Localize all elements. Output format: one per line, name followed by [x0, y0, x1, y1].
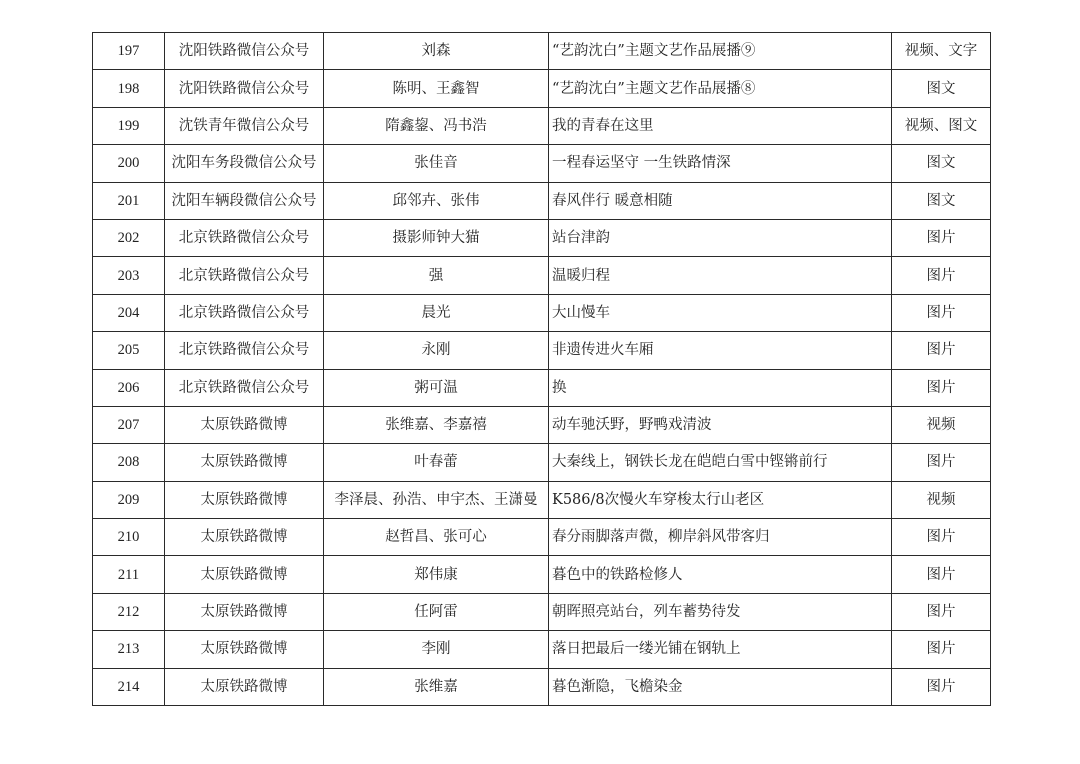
- cell-number: 213: [93, 631, 165, 668]
- cell-media-platform: 太原铁路微博: [165, 406, 324, 443]
- cell-media-platform: 北京铁路微信公众号: [165, 294, 324, 331]
- cell-number: 200: [93, 145, 165, 182]
- cell-work-type: 图文: [892, 145, 991, 182]
- cell-work-title: 我的青春在这里: [549, 107, 892, 144]
- cell-work-title: 春风伴行 暖意相随: [549, 182, 892, 219]
- cell-work-title: 春分雨脚落声微，柳岸斜风带客归: [549, 519, 892, 556]
- cell-work-type: 视频、图文: [892, 107, 991, 144]
- cell-media-platform: 沈铁青年微信公众号: [165, 107, 324, 144]
- cell-author: 郑伟康: [324, 556, 549, 593]
- cell-work-type: 视频: [892, 406, 991, 443]
- table-row: 214 太原铁路微博 张维嘉 暮色渐隐，飞檐染金 图片: [93, 668, 991, 705]
- cell-work-title: 站台津韵: [549, 219, 892, 256]
- document-page: 197 沈阳铁路微信公众号 刘森 “艺韵沈白”主题文艺作品展播⑨ 视频、文字 1…: [0, 0, 1080, 764]
- cell-media-platform: 沈阳车辆段微信公众号: [165, 182, 324, 219]
- cell-number: 207: [93, 406, 165, 443]
- cell-work-title: K586/8次慢火车穿梭太行山老区: [549, 481, 892, 518]
- table-row: 210 太原铁路微博 赵哲昌、张可心 春分雨脚落声微，柳岸斜风带客归 图片: [93, 519, 991, 556]
- table-row: 204 北京铁路微信公众号 晨光 大山慢车 图片: [93, 294, 991, 331]
- cell-work-title: 大山慢车: [549, 294, 892, 331]
- cell-author: 张佳音: [324, 145, 549, 182]
- cell-work-title: 一程春运坚守 一生铁路情深: [549, 145, 892, 182]
- cell-work-type: 图片: [892, 668, 991, 705]
- cell-author: 任阿雷: [324, 593, 549, 630]
- table-row: 212 太原铁路微博 任阿雷 朝晖照亮站台，列车蓄势待发 图片: [93, 593, 991, 630]
- works-list-table: 197 沈阳铁路微信公众号 刘森 “艺韵沈白”主题文艺作品展播⑨ 视频、文字 1…: [92, 32, 991, 706]
- cell-author: 晨光: [324, 294, 549, 331]
- cell-number: 203: [93, 257, 165, 294]
- cell-author: 邱邻卉、张伟: [324, 182, 549, 219]
- cell-number: 204: [93, 294, 165, 331]
- cell-media-platform: 北京铁路微信公众号: [165, 257, 324, 294]
- table-row: 202 北京铁路微信公众号 摄影师钟大猫 站台津韵 图片: [93, 219, 991, 256]
- cell-number: 198: [93, 70, 165, 107]
- cell-media-platform: 太原铁路微博: [165, 593, 324, 630]
- cell-number: 206: [93, 369, 165, 406]
- cell-work-type: 图片: [892, 332, 991, 369]
- cell-number: 199: [93, 107, 165, 144]
- cell-author: 永刚: [324, 332, 549, 369]
- cell-work-type: 图片: [892, 444, 991, 481]
- cell-work-type: 图文: [892, 182, 991, 219]
- cell-author: 赵哲昌、张可心: [324, 519, 549, 556]
- cell-work-title: 暮色中的铁路检修人: [549, 556, 892, 593]
- table-row: 205 北京铁路微信公众号 永刚 非遗传进火车厢 图片: [93, 332, 991, 369]
- table-row: 201 沈阳车辆段微信公众号 邱邻卉、张伟 春风伴行 暖意相随 图文: [93, 182, 991, 219]
- cell-number: 214: [93, 668, 165, 705]
- cell-work-title: 暮色渐隐，飞檐染金: [549, 668, 892, 705]
- cell-media-platform: 沈阳铁路微信公众号: [165, 33, 324, 70]
- cell-author: 粥可温: [324, 369, 549, 406]
- cell-media-platform: 太原铁路微博: [165, 481, 324, 518]
- cell-media-platform: 沈阳车务段微信公众号: [165, 145, 324, 182]
- table-body: 197 沈阳铁路微信公众号 刘森 “艺韵沈白”主题文艺作品展播⑨ 视频、文字 1…: [93, 33, 991, 706]
- cell-work-type: 图片: [892, 556, 991, 593]
- cell-media-platform: 太原铁路微博: [165, 668, 324, 705]
- cell-work-type: 图片: [892, 519, 991, 556]
- cell-work-title: 换: [549, 369, 892, 406]
- table-row: 206 北京铁路微信公众号 粥可温 换 图片: [93, 369, 991, 406]
- table-row: 199 沈铁青年微信公众号 隋鑫鋆、冯书浩 我的青春在这里 视频、图文: [93, 107, 991, 144]
- cell-number: 202: [93, 219, 165, 256]
- cell-media-platform: 北京铁路微信公众号: [165, 332, 324, 369]
- table-row: 197 沈阳铁路微信公众号 刘森 “艺韵沈白”主题文艺作品展播⑨ 视频、文字: [93, 33, 991, 70]
- cell-media-platform: 沈阳铁路微信公众号: [165, 70, 324, 107]
- cell-work-type: 图文: [892, 70, 991, 107]
- table-row: 203 北京铁路微信公众号 强 温暖归程 图片: [93, 257, 991, 294]
- cell-number: 201: [93, 182, 165, 219]
- table-row: 208 太原铁路微博 叶春蕾 大秦线上，钢铁长龙在皑皑白雪中铿锵前行 图片: [93, 444, 991, 481]
- cell-number: 197: [93, 33, 165, 70]
- cell-author: 隋鑫鋆、冯书浩: [324, 107, 549, 144]
- cell-work-type: 视频: [892, 481, 991, 518]
- cell-media-platform: 太原铁路微博: [165, 444, 324, 481]
- table-row: 200 沈阳车务段微信公众号 张佳音 一程春运坚守 一生铁路情深 图文: [93, 145, 991, 182]
- table-row: 198 沈阳铁路微信公众号 陈明、王鑫智 “艺韵沈白”主题文艺作品展播⑧ 图文: [93, 70, 991, 107]
- cell-author: 摄影师钟大猫: [324, 219, 549, 256]
- cell-number: 209: [93, 481, 165, 518]
- cell-author: 李刚: [324, 631, 549, 668]
- cell-author: 张维嘉、李嘉禧: [324, 406, 549, 443]
- cell-number: 210: [93, 519, 165, 556]
- cell-number: 205: [93, 332, 165, 369]
- table-row: 211 太原铁路微博 郑伟康 暮色中的铁路检修人 图片: [93, 556, 991, 593]
- cell-author: 强: [324, 257, 549, 294]
- cell-work-title: 动车驰沃野，野鸭戏清波: [549, 406, 892, 443]
- cell-media-platform: 太原铁路微博: [165, 631, 324, 668]
- cell-work-title: “艺韵沈白”主题文艺作品展播⑨: [549, 33, 892, 70]
- cell-author: 刘森: [324, 33, 549, 70]
- cell-media-platform: 太原铁路微博: [165, 556, 324, 593]
- cell-number: 211: [93, 556, 165, 593]
- cell-author: 陈明、王鑫智: [324, 70, 549, 107]
- cell-work-type: 图片: [892, 369, 991, 406]
- cell-work-title: 非遗传进火车厢: [549, 332, 892, 369]
- cell-number: 208: [93, 444, 165, 481]
- cell-work-type: 图片: [892, 593, 991, 630]
- cell-author: 叶春蕾: [324, 444, 549, 481]
- cell-number: 212: [93, 593, 165, 630]
- table-row: 213 太原铁路微博 李刚 落日把最后一缕光铺在钢轨上 图片: [93, 631, 991, 668]
- cell-work-type: 图片: [892, 631, 991, 668]
- cell-work-title: 落日把最后一缕光铺在钢轨上: [549, 631, 892, 668]
- cell-work-title: 大秦线上，钢铁长龙在皑皑白雪中铿锵前行: [549, 444, 892, 481]
- cell-media-platform: 北京铁路微信公众号: [165, 369, 324, 406]
- cell-author: 张维嘉: [324, 668, 549, 705]
- cell-work-type: 图片: [892, 294, 991, 331]
- cell-work-type: 图片: [892, 219, 991, 256]
- table-row: 207 太原铁路微博 张维嘉、李嘉禧 动车驰沃野，野鸭戏清波 视频: [93, 406, 991, 443]
- table-row: 209 太原铁路微博 李泽晨、孙浩、申宇杰、王潇曼 K586/8次慢火车穿梭太行…: [93, 481, 991, 518]
- cell-media-platform: 太原铁路微博: [165, 519, 324, 556]
- cell-work-type: 图片: [892, 257, 991, 294]
- cell-work-title: 朝晖照亮站台，列车蓄势待发: [549, 593, 892, 630]
- cell-media-platform: 北京铁路微信公众号: [165, 219, 324, 256]
- cell-work-type: 视频、文字: [892, 33, 991, 70]
- cell-work-title: “艺韵沈白”主题文艺作品展播⑧: [549, 70, 892, 107]
- cell-work-title: 温暖归程: [549, 257, 892, 294]
- cell-author: 李泽晨、孙浩、申宇杰、王潇曼: [324, 481, 549, 518]
